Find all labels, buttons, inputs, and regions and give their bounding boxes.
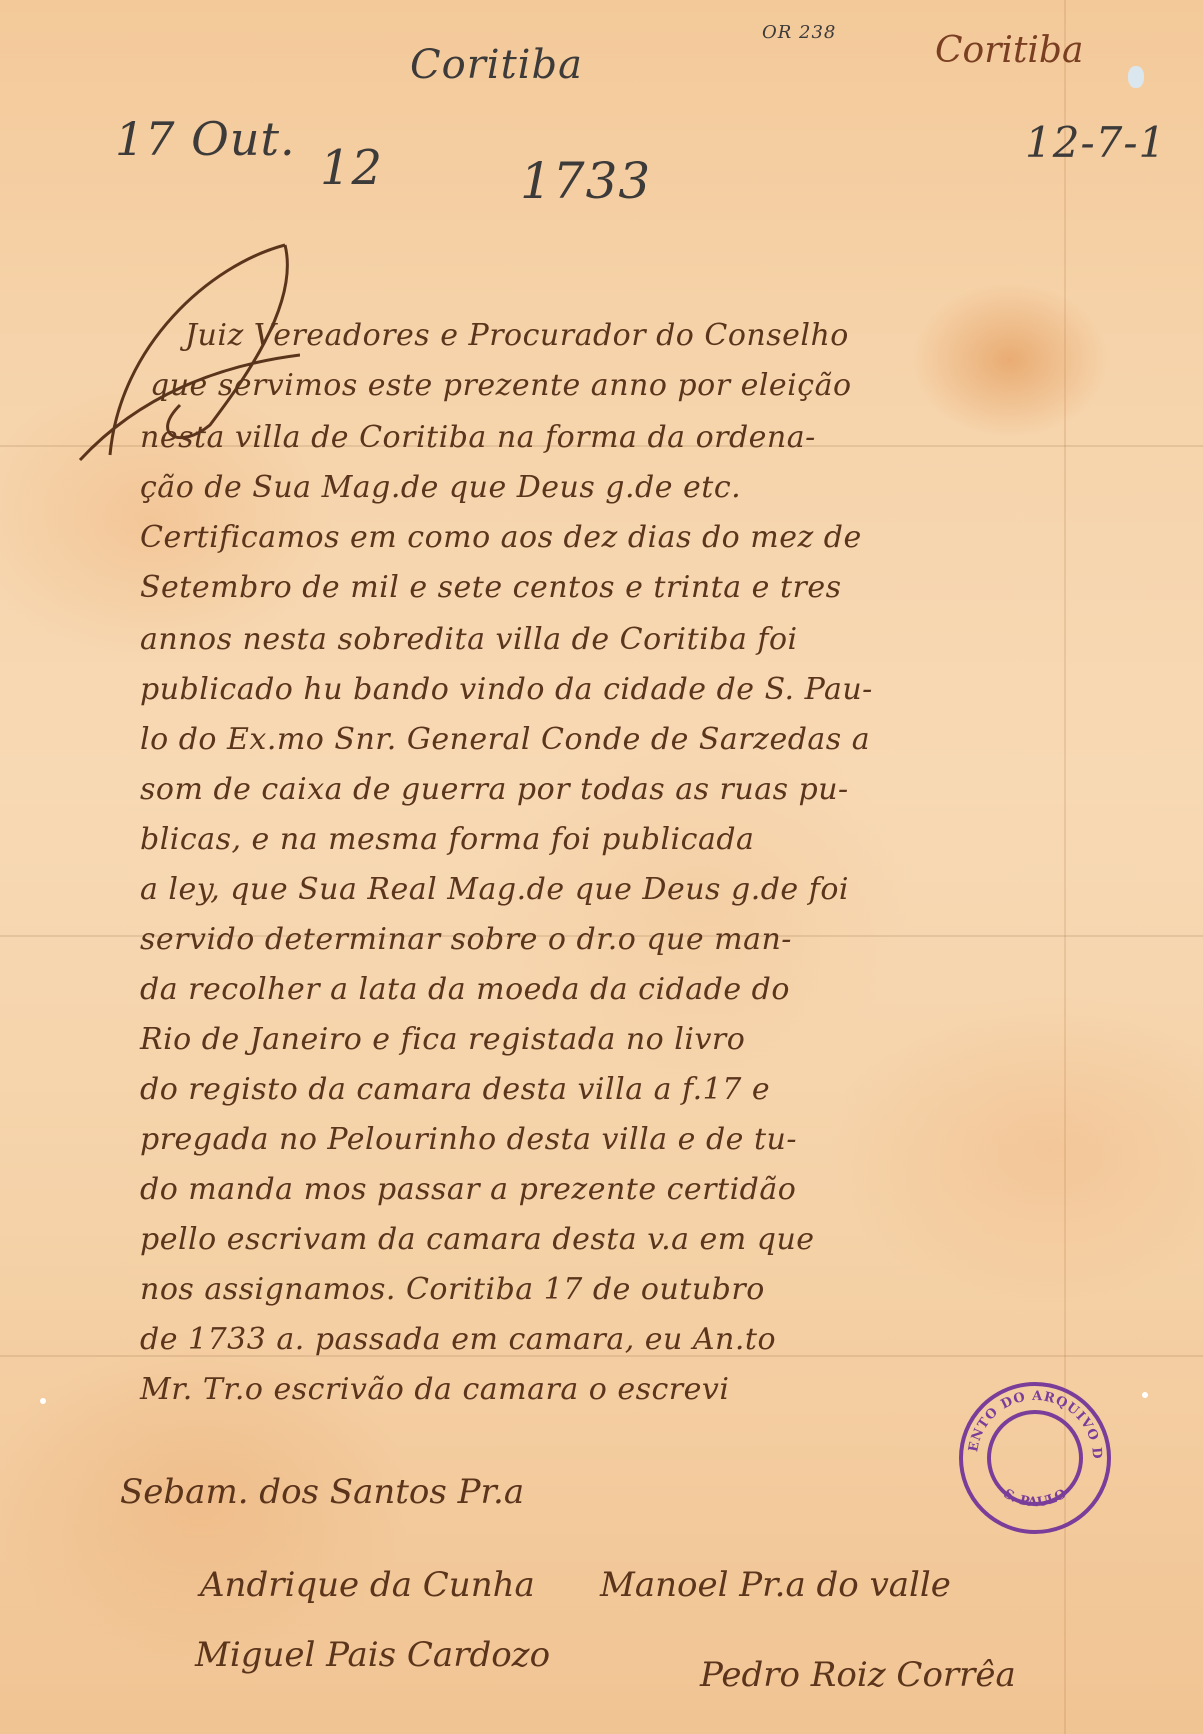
body-line: da recolher a lata da moeda da cidade do: [140, 972, 1100, 1007]
signature: Sebam. dos Santos Pr.a: [120, 1472, 524, 1512]
body-line: annos nesta sobredita villa de Coritiba …: [140, 622, 1100, 657]
body-line: nos assignamos. Coritiba 17 de outubro: [140, 1272, 1100, 1307]
signature: Miguel Pais Cardozo: [195, 1635, 550, 1675]
catalog-number: OR 238: [762, 22, 836, 43]
body-line: que servimos este prezente anno por elei…: [150, 368, 1110, 403]
signature: Andrique da Cunha: [200, 1565, 535, 1605]
body-line: do registo da camara desta villa a f.17 …: [140, 1072, 1100, 1107]
body-line: Setembro de mil e sete centos e trinta e…: [140, 570, 1100, 605]
body-line: de 1733 a. passada em camara, eu An.to: [140, 1322, 1100, 1357]
body-line: nesta villa de Coritiba na forma da orde…: [140, 420, 1100, 455]
paper-hole: [1128, 66, 1144, 88]
reference-number: 12-7-1: [1025, 118, 1166, 167]
body-line: a ley, que Sua Real Mag.de que Deus g.de…: [140, 872, 1100, 907]
body-line: Rio de Janeiro e fica registada no livro: [140, 1022, 1100, 1057]
item-number: 12: [320, 140, 383, 196]
body-line: publicado hu bando vindo da cidade de S.…: [140, 672, 1100, 707]
archive-stamp-icon: DEPARTAMENTO DO ARQUIVO DO ESTADO - S. P…: [955, 1378, 1115, 1538]
body-line: pello escrivam da camara desta v.a em qu…: [140, 1222, 1100, 1257]
body-line: Certificamos em como aos dez dias do mez…: [140, 520, 1100, 555]
body-line: ção de Sua Mag.de que Deus g.de etc.: [140, 470, 1100, 505]
signature: Manoel Pr.a do valle: [600, 1565, 951, 1605]
body-line: som de caixa de guerra por todas as ruas…: [140, 772, 1100, 807]
body-line: pregada no Pelourinho desta villa e de t…: [140, 1122, 1100, 1157]
pinhole: [40, 1398, 46, 1404]
body-line: do manda mos passar a prezente certidão: [140, 1172, 1100, 1207]
svg-text:- S. PAULO -: - S. PAULO -: [992, 1481, 1077, 1510]
manuscript-page: OR 238 Coritiba Coritiba 17 Out. 12 1733…: [0, 0, 1203, 1734]
body-line: blicas, e na mesma forma foi publicada: [140, 822, 1100, 857]
date-annotation: 17 Out.: [115, 112, 296, 166]
stamp-bottom-text: - S. PAULO -: [992, 1481, 1077, 1510]
body-line: servido determinar sobre o dr.o que man-: [140, 922, 1100, 957]
city-annotation-ink: Coritiba: [935, 30, 1083, 71]
signature: Pedro Roiz Corrêa: [700, 1655, 1016, 1695]
year-annotation: 1733: [520, 152, 651, 210]
body-line: Juiz Vereadores e Procurador do Conselho: [185, 318, 1145, 353]
city-annotation-pencil: Coritiba: [410, 42, 583, 88]
body-line: lo do Ex.mo Snr. General Conde de Sarzed…: [140, 722, 1100, 757]
pinhole: [1142, 1392, 1148, 1398]
